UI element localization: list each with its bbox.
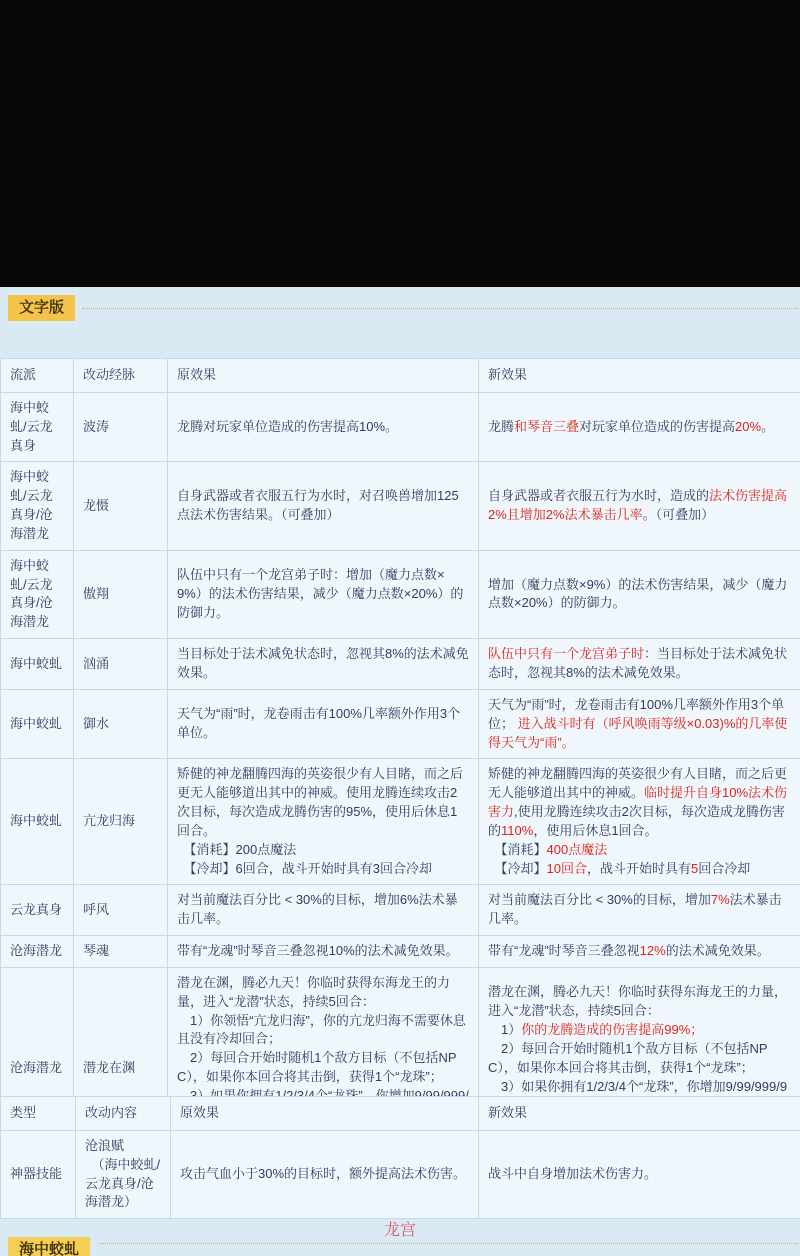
text: 海中蛟虬/云龙真身/沧海潜龙 [10, 558, 53, 630]
new-effect-cell: 自身武器或者衣服五行为水时，造成的法术伤害提高2%且增加2%法术暴击几率。（可叠… [479, 462, 800, 550]
text: 对玩家单位造成的伤害提高 [579, 419, 735, 434]
text: 回合冷却 [698, 861, 750, 876]
text: 海中蛟虬/云龙真身 [10, 400, 53, 453]
meridian-cell: 御水 [74, 689, 168, 759]
top-black-bar [0, 0, 800, 287]
school-cell: 海中蛟虬 [1, 689, 74, 759]
table-row: 海中蛟虬/云龙真身/沧海潜龙龙慑自身武器或者衣服五行为水时，对召唤兽增加125点… [1, 462, 800, 550]
new-effect-column-header: 新效果 [479, 359, 800, 393]
highlighted-text: 12% [640, 943, 666, 958]
text: 战斗中自身增加法术伤害力。 [488, 1166, 657, 1181]
meridian-cell: 汹涌 [74, 639, 168, 690]
text: 波涛 [83, 419, 109, 434]
text: 龙腾对玩家单位造成的伤害提高10%。 [177, 419, 398, 434]
new-effect-cell: 战斗中自身增加法术伤害力。 [479, 1130, 800, 1218]
table-row: 云龙真身呼风对当前魔法百分比 < 30%的目标，增加6%法术暴击几率。对当前魔法… [1, 885, 800, 936]
text: 亢龙归海 [83, 813, 135, 828]
meridian-cell: 波涛 [74, 392, 168, 462]
new-effect-cell: 带有“龙魂”时琴音三叠忽视12%的法术减免效果。 [479, 936, 800, 968]
text: 海中蛟虬/云龙真身/沧海潜龙 [10, 469, 53, 541]
text: 云龙真身 [10, 902, 62, 917]
school-column-header: 流派 [1, 359, 74, 393]
text: 队伍中只有一个龙宫弟子时：增加（魔力点数×9%）的法术伤害结果，减少（魔力点数×… [177, 567, 463, 620]
text: 矫健的神龙翻腾四海的英姿很少有人目睹，而之后更无人能够道出其中的神威。使用龙腾连… [177, 766, 463, 875]
text: ，战斗开始时具有 [587, 861, 691, 876]
new-effect-cell: 天气为“雨”时，龙卷雨击有100%几率额外作用3个单位； 进入战斗时有（呼风唤雨… [479, 689, 800, 759]
type-cell: 神器技能 [1, 1130, 76, 1218]
meridian-cell: 呼风 [74, 885, 168, 936]
original-effect-cell: 带有“龙魂”时琴音三叠忽视10%的法术减免效果。 [168, 936, 479, 968]
change-content-column-header: 改动内容 [76, 1097, 171, 1131]
text: 御水 [83, 716, 109, 731]
text: 带有“龙魂”时琴音三叠忽视10%的法术减免效果。 [177, 943, 459, 958]
highlighted-text: 110% [501, 823, 533, 838]
school-cell: 海中蛟虬 [1, 759, 74, 885]
original-effect-cell: 攻击气血小于30%的目标时，额外提高法术伤害。 [171, 1130, 479, 1218]
highlighted-text: 和琴音三叠 [514, 419, 579, 434]
dragon-palace-label: 龙宫 [0, 1217, 800, 1240]
table-row: 海中蛟虬亢龙归海矫健的神龙翻腾四海的英姿很少有人目睹，而之后更无人能够道出其中的… [1, 759, 800, 885]
highlighted-text: 10回合 [547, 861, 587, 876]
original-effect-cell: 自身武器或者衣服五行为水时，对召唤兽增加125点法术伤害结果。（可叠加） [168, 462, 479, 550]
new-effect-cell: 队伍中只有一个龙宫弟子时：当目标处于法术减免状态时，忽视其8%的法术减免效果。 [479, 639, 800, 690]
sea-dragon-section-label: 海中蛟虬 [8, 1237, 90, 1256]
text: 琴魂 [83, 943, 109, 958]
meridian-cell: 傲翔 [74, 550, 168, 638]
original-effect-cell: 当目标处于法术减免状态时，忽视其8%的法术减免效果。 [168, 639, 479, 690]
text: 自身武器或者衣服五行为水时，对召唤兽增加125点法术伤害结果。（可叠加） [177, 488, 459, 522]
text: 龙腾 [488, 419, 514, 434]
school-cell: 沧海潜龙 [1, 936, 74, 968]
text: 沧海潜龙 [10, 1060, 62, 1075]
text: 当目标处于法术减免状态时，忽视其8%的法术减免效果。 [177, 646, 469, 680]
table-row: 海中蛟虬/云龙真身/沧海潜龙傲翔队伍中只有一个龙宫弟子时：增加（魔力点数×9%）… [1, 550, 800, 638]
text: 呼风 [83, 902, 109, 917]
text: 沧浪赋 （海中蛟虬/云龙真身/沧海潜龙） [85, 1138, 160, 1210]
original-effect-cell: 队伍中只有一个龙宫弟子时：增加（魔力点数×9%）的法术伤害结果，减少（魔力点数×… [168, 550, 479, 638]
text: 带有“龙魂”时琴音三叠忽视 [488, 943, 640, 958]
text: 自身武器或者衣服五行为水时，造成的 [488, 488, 709, 503]
text: 攻击气血小于30%的目标时，额外提高法术伤害。 [180, 1166, 466, 1181]
meridian-column-header: 改动经脉 [74, 359, 168, 393]
type-column-header: 类型 [1, 1097, 76, 1131]
artifact-skill-table: 类型改动内容原效果新效果神器技能沧浪赋 （海中蛟虬/云龙真身/沧海潜龙）攻击气血… [0, 1096, 800, 1219]
text-version-label: 文字版 [8, 295, 75, 321]
original-effect-cell: 天气为“雨”时，龙卷雨击有100%几率额外作用3个单位。 [168, 689, 479, 759]
text: 龙慑 [83, 498, 109, 513]
text: 海中蛟虬 [10, 656, 62, 671]
meridian-cell: 亢龙归海 [74, 759, 168, 885]
original-effect-cell: 龙腾对玩家单位造成的伤害提高10%。 [168, 392, 479, 462]
school-cell: 海中蛟虬/云龙真身/沧海潜龙 [1, 462, 74, 550]
text: 海中蛟虬 [10, 813, 62, 828]
content-area: 文字版 流派改动经脉原效果新效果海中蛟虬/云龙真身波涛龙腾对玩家单位造成的伤害提… [0, 287, 800, 1256]
table-row: 神器技能沧浪赋 （海中蛟虬/云龙真身/沧海潜龙）攻击气血小于30%的目标时，额外… [1, 1130, 800, 1218]
skill-change-table: 流派改动经脉原效果新效果海中蛟虬/云龙真身波涛龙腾对玩家单位造成的伤害提高10%… [0, 358, 800, 1169]
highlighted-text: 队伍中只有一个龙宫弟子时 [488, 646, 644, 661]
new-effect-cell: 龙腾和琴音三叠对玩家单位造成的伤害提高20%。 [479, 392, 800, 462]
school-cell: 海中蛟虬/云龙真身/沧海潜龙 [1, 550, 74, 638]
text: 增加（魔力点数×9%）的法术伤害结果，减少（魔力点数×20%）的防御力。 [488, 577, 787, 611]
text: 潜龙在渊 [83, 1060, 135, 1075]
text: 对当前魔法百分比 < 30%的目标，增加 [488, 892, 711, 907]
text: 海中蛟虬 [10, 716, 62, 731]
highlighted-text: 进入战斗时有（呼风唤雨等级×0.03)%的几率使得天气为“雨”。 [488, 716, 787, 750]
new-effect-column-header: 新效果 [479, 1097, 800, 1131]
highlighted-text: 20% [735, 419, 761, 434]
text: 的法术减免效果。 [666, 943, 770, 958]
text: 天气为“雨”时，龙卷雨击有100%几率额外作用3个单位。 [177, 706, 460, 740]
new-effect-cell: 对当前魔法百分比 < 30%的目标，增加7%法术暴击几率。 [479, 885, 800, 936]
school-cell: 海中蛟虬/云龙真身 [1, 392, 74, 462]
table-row: 海中蛟虬汹涌当目标处于法术减免状态时，忽视其8%的法术减免效果。队伍中只有一个龙… [1, 639, 800, 690]
text: 对当前魔法百分比 < 30%的目标，增加6%法术暴击几率。 [177, 892, 458, 926]
highlighted-text: 7% [711, 892, 730, 907]
change-content-cell: 沧浪赋 （海中蛟虬/云龙真身/沧海潜龙） [76, 1130, 171, 1218]
header-row: 类型改动内容原效果新效果 [1, 1097, 800, 1131]
original-effect-cell: 矫健的神龙翻腾四海的英姿很少有人目睹，而之后更无人能够道出其中的神威。使用龙腾连… [168, 759, 479, 885]
table-row: 海中蛟虬御水天气为“雨”时，龙卷雨击有100%几率额外作用3个单位。天气为“雨”… [1, 689, 800, 759]
original-effect-column-header: 原效果 [168, 359, 479, 393]
text: 。（可叠加） [643, 507, 715, 522]
text: 沧海潜龙 [10, 943, 62, 958]
header-row: 流派改动经脉原效果新效果 [1, 359, 800, 393]
meridian-cell: 龙慑 [74, 462, 168, 550]
text: 傲翔 [83, 586, 109, 601]
text: 【冷却】 [488, 861, 547, 876]
text: 神器技能 [10, 1166, 62, 1181]
school-cell: 海中蛟虬 [1, 639, 74, 690]
bottom-dotted-divider [100, 1243, 798, 1244]
text: 汹涌 [83, 656, 109, 671]
new-effect-cell: 增加（魔力点数×9%）的法术伤害结果，减少（魔力点数×20%）的防御力。 [479, 550, 800, 638]
school-cell: 云龙真身 [1, 885, 74, 936]
table-row: 海中蛟虬/云龙真身波涛龙腾对玩家单位造成的伤害提高10%。龙腾和琴音三叠对玩家单… [1, 392, 800, 462]
text: 。 [761, 419, 774, 434]
top-dotted-divider [82, 308, 798, 309]
new-effect-cell: 矫健的神龙翻腾四海的英姿很少有人目睹，而之后更无人能够道出其中的神威。临时提升自… [479, 759, 800, 885]
table-row: 沧海潜龙琴魂带有“龙魂”时琴音三叠忽视10%的法术减免效果。带有“龙魂”时琴音三… [1, 936, 800, 968]
highlighted-text: 400点魔法 [547, 842, 608, 857]
original-effect-column-header: 原效果 [171, 1097, 479, 1131]
original-effect-cell: 对当前魔法百分比 < 30%的目标，增加6%法术暴击几率。 [168, 885, 479, 936]
meridian-cell: 琴魂 [74, 936, 168, 968]
highlighted-text: 你的龙腾造成的伤害提高99%； [521, 1022, 703, 1037]
